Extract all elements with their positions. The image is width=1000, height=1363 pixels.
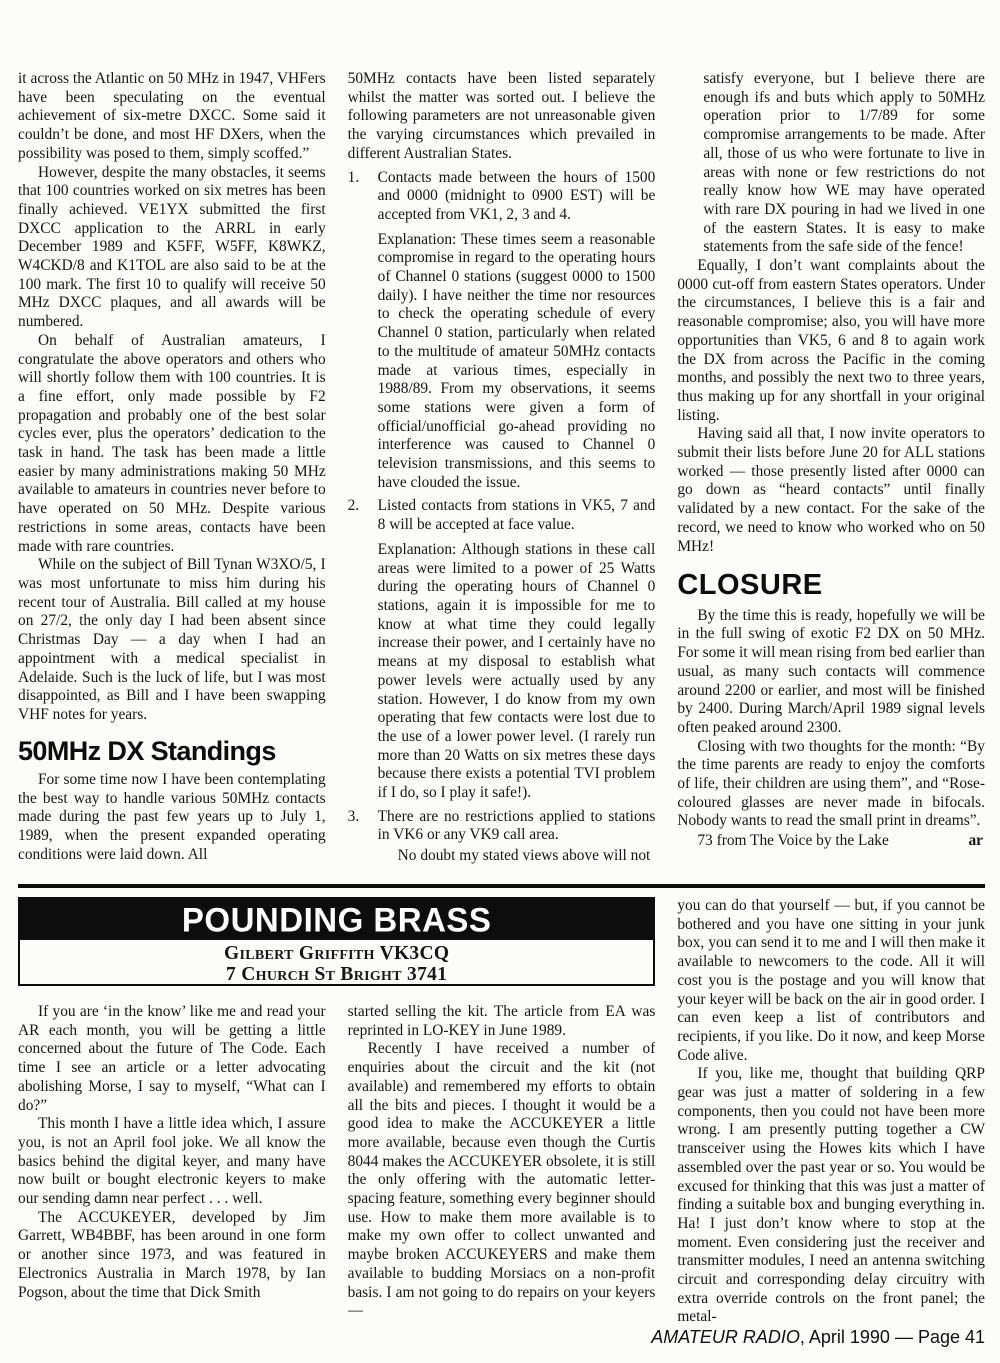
paragraph: satisfy everyone, but I believe there ar… bbox=[703, 70, 985, 257]
paragraph: Equally, I don’t want complaints about t… bbox=[677, 257, 985, 425]
signoff-text: 73 from The Voice by the Lake bbox=[677, 832, 888, 851]
magazine-page: it across the Atlantic on 50 MHz in 1947… bbox=[0, 0, 1000, 1363]
numbered-item-2: 2. Listed contacts from stations in VK5,… bbox=[348, 497, 656, 802]
signoff-row: 73 from The Voice by the Lake ar bbox=[677, 832, 985, 851]
title-bar: POUNDING BRASS bbox=[20, 899, 653, 940]
item-text: Listed contacts from stations in VK5, 7 … bbox=[378, 497, 656, 534]
pounding-brass-header-box: POUNDING BRASS Gilbert Griffith VK3CQ 7 … bbox=[18, 897, 655, 986]
pounding-brass-article: POUNDING BRASS Gilbert Griffith VK3CQ 7 … bbox=[18, 897, 985, 1323]
numbered-item-3: 3. There are no restrictions applied to … bbox=[348, 808, 656, 866]
paragraph: Closing with two thoughts for the month:… bbox=[677, 738, 985, 832]
item-body: Contacts made between the hours of 1500 … bbox=[378, 169, 656, 493]
dx-article-column-2: 50MHz contacts have been listed separate… bbox=[348, 70, 656, 888]
paragraph: This month I have a little idea which, I… bbox=[18, 1115, 326, 1209]
item-explanation: Explanation: Although stations in these … bbox=[378, 541, 656, 803]
magazine-title: AMATEUR RADIO bbox=[651, 1327, 800, 1347]
pounding-brass-column-1: If you are ‘in the know’ like me and rea… bbox=[18, 1003, 326, 1323]
item-number: 3. bbox=[348, 808, 378, 866]
paragraph: By the time this is ready, hopefully we … bbox=[677, 607, 985, 738]
dx-article-column-1: it across the Atlantic on 50 MHz in 1947… bbox=[18, 70, 326, 888]
section-heading-closure: CLOSURE bbox=[677, 570, 985, 600]
paragraph: it across the Atlantic on 50 MHz in 1947… bbox=[18, 70, 326, 164]
paragraph: No doubt my stated views above will not bbox=[378, 847, 656, 866]
item-body: There are no restrictions applied to sta… bbox=[378, 808, 656, 866]
paragraph: Recently I have received a number of enq… bbox=[348, 1040, 656, 1321]
byline: Gilbert Griffith VK3CQ 7 Church St Brigh… bbox=[20, 940, 653, 985]
issue-and-page: , April 1990 — Page 41 bbox=[800, 1327, 985, 1347]
dx-article: it across the Atlantic on 50 MHz in 1947… bbox=[18, 70, 985, 888]
paragraph: If you are ‘in the know’ like me and rea… bbox=[18, 1003, 326, 1115]
paragraph: Having said all that, I now invite opera… bbox=[677, 425, 985, 556]
section-divider-rule bbox=[18, 884, 985, 888]
paragraph: The ACCUKEYER, developed by Jim Garrett,… bbox=[18, 1209, 326, 1303]
paragraph: However, despite the many obstacles, it … bbox=[18, 164, 326, 332]
paragraph: If you, like me, thought that building Q… bbox=[677, 1065, 985, 1323]
byline-author: Gilbert Griffith VK3CQ bbox=[20, 943, 653, 964]
item-text: Contacts made between the hours of 1500 … bbox=[378, 169, 656, 225]
numbered-item-1: 1. Contacts made between the hours of 15… bbox=[348, 169, 656, 493]
paragraph: 50MHz contacts have been listed separate… bbox=[348, 70, 656, 164]
paragraph: For some time now I have been contemplat… bbox=[18, 771, 326, 865]
paragraph: On behalf of Australian amateurs, I cong… bbox=[18, 332, 326, 556]
section-heading-50mhz-dx-standings: 50MHz DX Standings bbox=[18, 737, 326, 765]
item-body: Listed contacts from stations in VK5, 7 … bbox=[378, 497, 656, 802]
item-explanation: Explanation: These times seem a reasonab… bbox=[378, 231, 656, 493]
byline-address: 7 Church St Bright 3741 bbox=[20, 964, 653, 985]
item-text: There are no restrictions applied to sta… bbox=[378, 808, 656, 845]
paragraph: While on the subject of Bill Tynan W3XO/… bbox=[18, 556, 326, 724]
continued-item-block: satisfy everyone, but I believe there ar… bbox=[677, 70, 985, 257]
article-end-mark: ar bbox=[968, 832, 985, 851]
dx-article-column-3: satisfy everyone, but I believe there ar… bbox=[677, 70, 985, 888]
paragraph: you can do that yourself — but, if you c… bbox=[677, 897, 985, 1065]
paragraph: started selling the kit. The article fro… bbox=[348, 1003, 656, 1040]
page-footer: AMATEUR RADIO, April 1990 — Page 41 bbox=[651, 1327, 985, 1348]
article-title: POUNDING BRASS bbox=[182, 900, 492, 940]
item-number: 1. bbox=[348, 169, 378, 493]
pounding-brass-column-3: you can do that yourself — but, if you c… bbox=[677, 897, 985, 1323]
pounding-brass-column-2: started selling the kit. The article fro… bbox=[348, 1003, 656, 1323]
item-number: 2. bbox=[348, 497, 378, 802]
